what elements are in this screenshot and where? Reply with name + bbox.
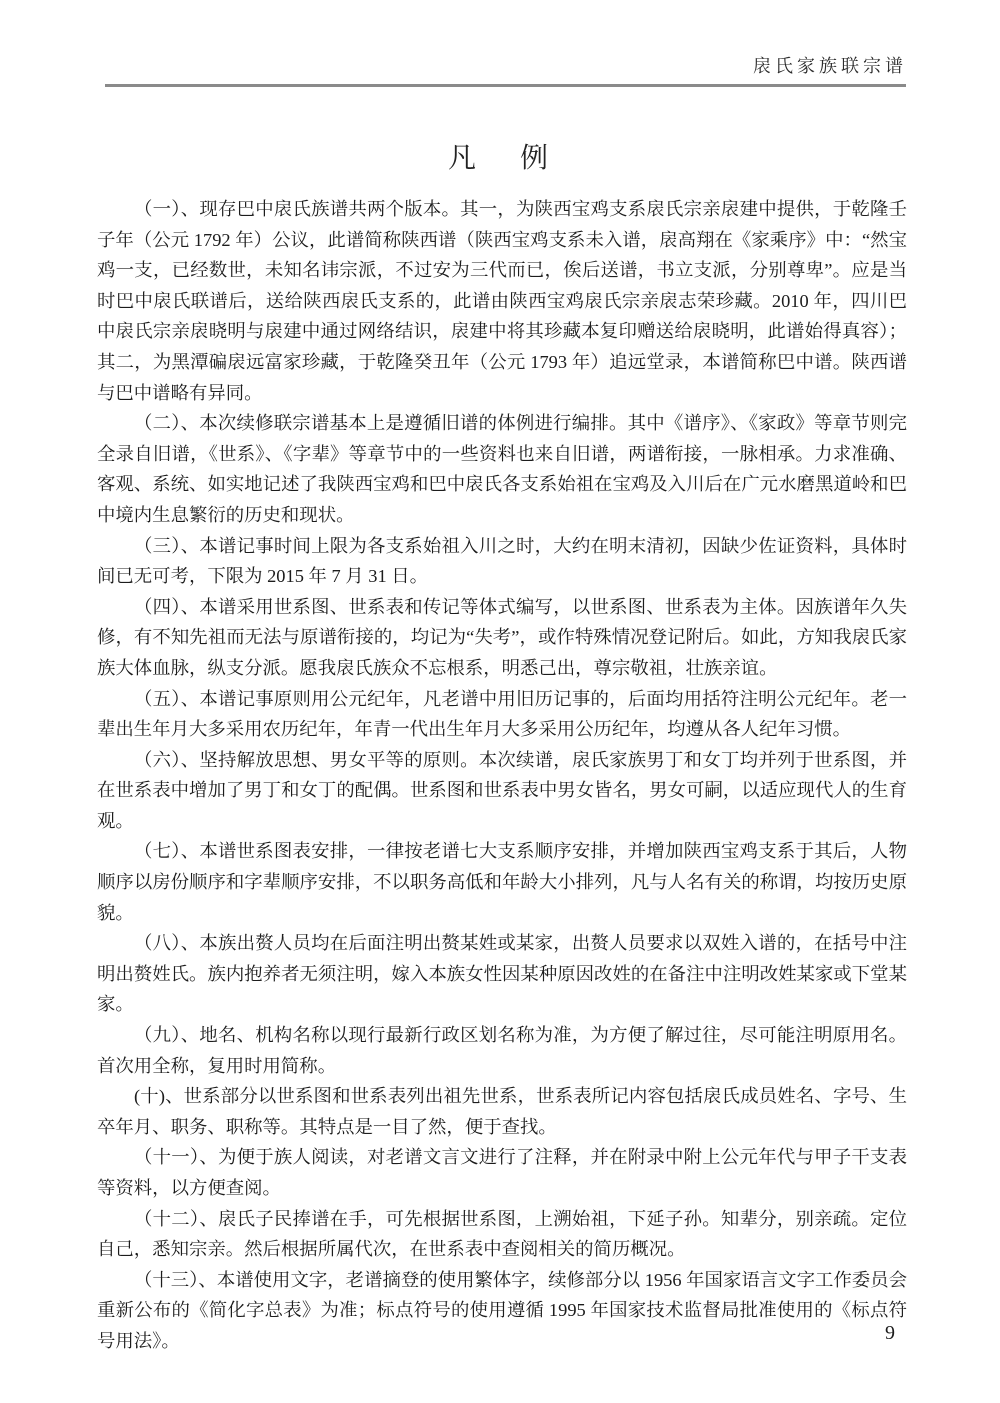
genealogy-document-page: 扆氏家族联宗谱 凡 例 （一）、现存巴中扆氏族谱共两个版本。其一，为陕西宝鸡支系…	[0, 0, 1000, 1403]
note-paragraph-11: （十一）、为便于族人阅读，对老谱文言文进行了注释，并在附录中附上公元年代与甲子干…	[97, 1142, 907, 1203]
explanatory-notes-body: （一）、现存巴中扆氏族谱共两个版本。其一，为陕西宝鸡支系扆氏宗亲扆建中提供，于乾…	[97, 194, 907, 1357]
note-paragraph-2: （二）、本次续修联宗谱基本上是遵循旧谱的体例进行编排。其中《谱序》、《家政》等章…	[97, 408, 907, 530]
page-number: 9	[97, 1322, 895, 1345]
note-paragraph-6: （六）、坚持解放思想、男女平等的原则。本次续谱，扆氏家族男丁和女丁均并列于世系图…	[97, 745, 907, 837]
note-paragraph-9: （九）、地名、机构名称以现行最新行政区划名称为准，为方便了解过往，尽可能注明原用…	[97, 1020, 907, 1081]
note-paragraph-10: (十)、世系部分以世系图和世系表列出祖先世系，世系表所记内容包括扆氏成员姓名、字…	[97, 1081, 907, 1142]
note-paragraph-3: （三）、本谱记事时间上限为各支系始祖入川之时，大约在明末清初，因缺少佐证资料，具…	[97, 531, 907, 592]
note-paragraph-8: （八）、本族出赘人员均在后面注明出赘某姓或某家，出赘人员要求以双姓入谱的，在括号…	[97, 928, 907, 1020]
page-title: 凡 例	[97, 136, 907, 176]
note-paragraph-12: （十二）、扆氏子民捧谱在手，可先根据世系图，上溯始祖，下延子孙。知辈分，别亲疏。…	[97, 1204, 907, 1265]
running-header-title: 扆氏家族联宗谱	[753, 56, 907, 76]
note-paragraph-1: （一）、现存巴中扆氏族谱共两个版本。其一，为陕西宝鸡支系扆氏宗亲扆建中提供，于乾…	[97, 194, 907, 408]
note-paragraph-4: （四）、本谱采用世系图、世系表和传记等体式编写，以世系图、世系表为主体。因族谱年…	[97, 592, 907, 684]
note-paragraph-7: （七）、本谱世系图表安排，一律按老谱七大支系顺序安排，并增加陕西宝鸡支系于其后，…	[97, 836, 907, 928]
running-header: 扆氏家族联宗谱	[97, 52, 907, 78]
note-paragraph-5: （五）、本谱记事原则用公元纪年，凡老谱中用旧历记事的，后面均用括符注明公元纪年。…	[97, 684, 907, 745]
header-rule	[105, 84, 906, 87]
